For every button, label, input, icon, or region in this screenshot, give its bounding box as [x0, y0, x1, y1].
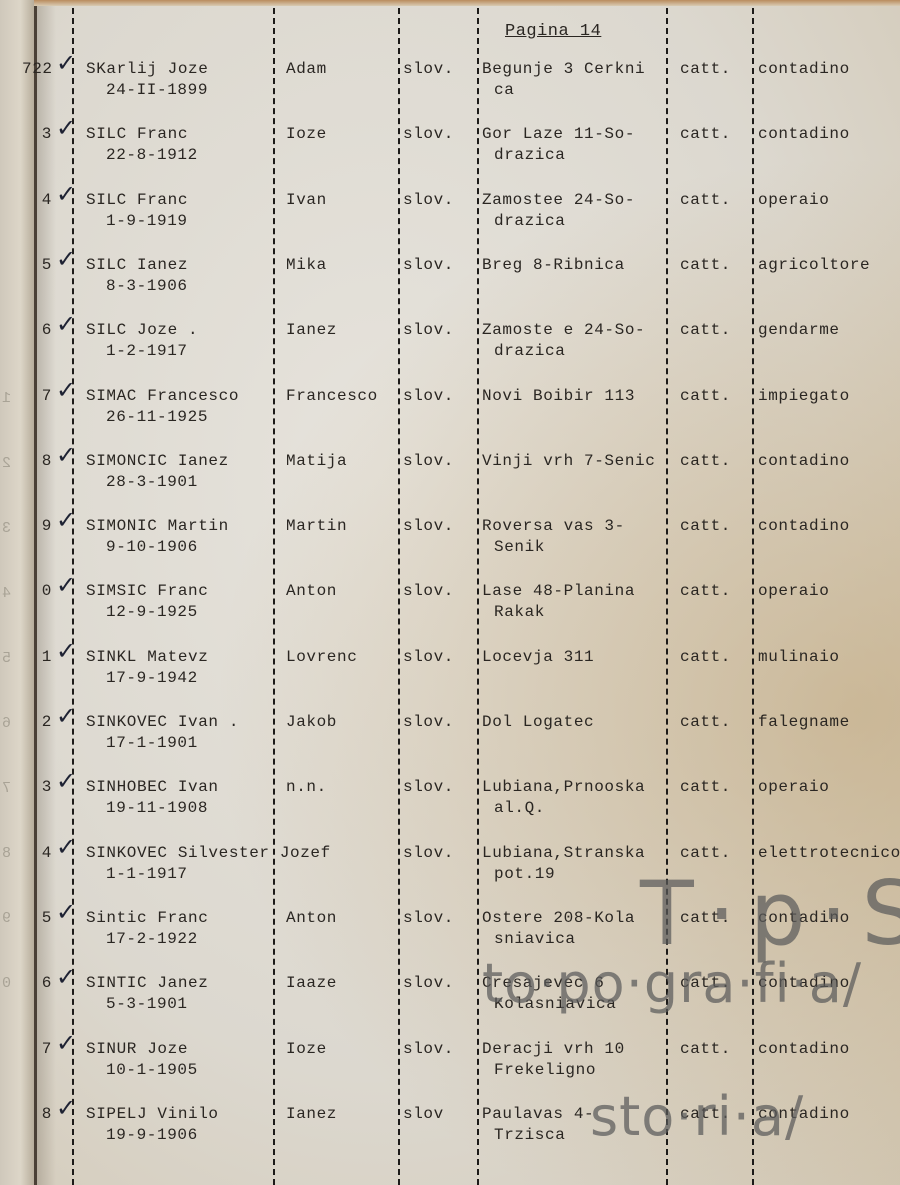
person-name: SINUR Joze	[86, 1039, 188, 1060]
checkmark-icon: ✓	[56, 771, 77, 792]
address-line-1: Breg 8-Ribnica	[482, 255, 625, 276]
birth-date: 5-3-1901	[106, 994, 188, 1015]
address-line-1: Zamostee 24-So-	[482, 190, 635, 211]
religion: catt.	[680, 581, 731, 602]
row-number: 3	[22, 777, 52, 798]
profession: contadino	[758, 1039, 850, 1060]
address-line-2: Frekeligno	[494, 1060, 596, 1081]
profession: contadino	[758, 451, 850, 472]
birth-date: 1-9-1919	[106, 211, 188, 232]
person-name: SIPELJ Vinilo	[86, 1104, 219, 1125]
table-row: 5✓Sintic Franc17-2-1922Antonslov.Ostere …	[0, 908, 900, 968]
birth-date: 22-8-1912	[106, 145, 198, 166]
table-row: 0✓SIMSIC Franc12-9-1925Antonslov.Lase 48…	[0, 581, 900, 641]
religion: catt.	[680, 320, 731, 341]
checkmark-icon: ✓	[56, 184, 77, 205]
address-line-2: ca	[494, 80, 514, 101]
checkmark-icon: ✓	[56, 314, 77, 335]
address-line-2: Rakak	[494, 602, 545, 623]
address-line-1: Begunje 3 Cerkni	[482, 59, 645, 80]
profession: contadino	[758, 973, 850, 994]
profession: contadino	[758, 59, 850, 80]
nationality: slov.	[403, 973, 454, 994]
table-row: 1✓SINKL Matevz17-9-1942Lovrencslov.Locev…	[0, 647, 900, 707]
birth-date: 10-1-1905	[106, 1060, 198, 1081]
nationality: slov	[403, 1104, 444, 1125]
page-label: Pagina 14	[505, 22, 601, 41]
religion: catt.	[680, 908, 731, 929]
father-name: Ianez	[286, 1104, 337, 1125]
table-row: 9✓SIMONIC Martin9-10-1906Martinslov.Rove…	[0, 516, 900, 576]
profession: gendarme	[758, 320, 840, 341]
address-line-1: Dol Logatec	[482, 712, 594, 733]
row-number: 1	[22, 647, 52, 668]
nationality: slov.	[403, 1039, 454, 1060]
profession: contadino	[758, 1104, 850, 1125]
address-line-2: Senik	[494, 537, 545, 558]
table-row: 2✓SINKOVEC Ivan .17-1-1901Jakobslov.Dol …	[0, 712, 900, 772]
profession: impiegato	[758, 386, 850, 407]
address-line-1: Cresajevec 6	[482, 973, 604, 994]
person-name: SKarlij Joze	[86, 59, 208, 80]
row-number: 4	[22, 190, 52, 211]
address-line-1: Novi Boibir 113	[482, 386, 635, 407]
table-row: 5✓SILC Ianez8-3-1906Mikaslov.Breg 8-Ribn…	[0, 255, 900, 315]
religion: catt.	[680, 647, 731, 668]
birth-date: 1-2-1917	[106, 341, 188, 362]
nationality: slov.	[403, 908, 454, 929]
address-line-1: Lase 48-Planina	[482, 581, 635, 602]
father-name: Mika	[286, 255, 327, 276]
address-line-2: Kolasniavica	[494, 994, 616, 1015]
father-name: n.n.	[286, 777, 327, 798]
nationality: slov.	[403, 320, 454, 341]
address-line-1: Roversa vas 3-	[482, 516, 625, 537]
nationality: slov.	[403, 451, 454, 472]
nationality: slov.	[403, 124, 454, 145]
checkmark-icon: ✓	[56, 1033, 77, 1054]
checkmark-icon: ✓	[56, 902, 77, 923]
checkmark-icon: ✓	[56, 706, 77, 727]
nationality: slov.	[403, 647, 454, 668]
row-number: 7	[22, 386, 52, 407]
address-line-2: drazica	[494, 145, 565, 166]
address-line-1: Vinji vrh 7-Senic	[482, 451, 655, 472]
checkmark-icon: ✓	[56, 1098, 77, 1119]
profession: operaio	[758, 777, 829, 798]
row-number: 0	[22, 581, 52, 602]
checkmark-icon: ✓	[56, 967, 77, 988]
row-number: 7	[22, 1039, 52, 1060]
checkmark-icon: ✓	[56, 510, 77, 531]
address-line-1: Deracji vrh 10	[482, 1039, 625, 1060]
birth-date: 12-9-1925	[106, 602, 198, 623]
checkmark-icon: ✓	[56, 380, 77, 401]
religion: catt.	[680, 59, 731, 80]
birth-date: 26-11-1925	[106, 407, 208, 428]
address-line-1: Lubiana,Prnooska	[482, 777, 645, 798]
father-name: Iaaze	[286, 973, 337, 994]
row-number: 4	[22, 843, 52, 864]
checkmark-icon: ✓	[56, 53, 77, 74]
row-number: 6	[22, 320, 52, 341]
profession: mulinaio	[758, 647, 840, 668]
father-name: Lovrenc	[286, 647, 357, 668]
table-row: 7✓SINUR Joze10-1-1905Iozeslov.Deracji vr…	[0, 1039, 900, 1099]
person-name: Sintic Franc	[86, 908, 208, 929]
address-line-1: Locevja 311	[482, 647, 594, 668]
birth-date: 28-3-1901	[106, 472, 198, 493]
address-line-2: drazica	[494, 341, 565, 362]
table-row: 7✓SIMAC Francesco26-11-1925Francescoslov…	[0, 386, 900, 446]
father-name: Anton	[286, 908, 337, 929]
nationality: slov.	[403, 255, 454, 276]
row-number: 5	[22, 255, 52, 276]
table-row: 6✓SILC Joze .1-2-1917Ianezslov.Zamoste e…	[0, 320, 900, 380]
father-name: Anton	[286, 581, 337, 602]
birth-date: 17-2-1922	[106, 929, 198, 950]
nationality: slov.	[403, 843, 454, 864]
table-row: 4✓SINKOVEC Silvester Jozef1-1-1917slov.L…	[0, 843, 900, 903]
birth-date: 17-9-1942	[106, 668, 198, 689]
birth-date: 8-3-1906	[106, 276, 188, 297]
person-name: SINHOBEC Ivan	[86, 777, 219, 798]
person-name: SILC Franc	[86, 190, 188, 211]
address-line-1: Paulavas 4-	[482, 1104, 594, 1125]
address-line-2: pot.19	[494, 864, 555, 885]
nationality: slov.	[403, 190, 454, 211]
profession: operaio	[758, 581, 829, 602]
profession: operaio	[758, 190, 829, 211]
religion: catt.	[680, 1039, 731, 1060]
nationality: slov.	[403, 516, 454, 537]
checkmark-icon: ✓	[56, 575, 77, 596]
row-number: 8	[22, 1104, 52, 1125]
row-number: 2	[22, 712, 52, 733]
address-line-1: Zamoste e 24-So-	[482, 320, 645, 341]
religion: catt.	[680, 843, 731, 864]
nationality: slov.	[403, 581, 454, 602]
birth-date: 19-9-1906	[106, 1125, 198, 1146]
religion: catt.	[680, 516, 731, 537]
birth-date: 24-II-1899	[106, 80, 208, 101]
profession: contadino	[758, 908, 850, 929]
nationality: slov.	[403, 59, 454, 80]
checkmark-icon: ✓	[56, 837, 77, 858]
person-name: SIMONCIC Ianez	[86, 451, 229, 472]
person-name: SILC Ianez	[86, 255, 188, 276]
address-line-2: drazica	[494, 211, 565, 232]
father-name: Ioze	[286, 124, 327, 145]
father-name: Matija	[286, 451, 347, 472]
nationality: slov.	[403, 712, 454, 733]
address-line-2: sniavica	[494, 929, 576, 950]
birth-date: 9-10-1906	[106, 537, 198, 558]
table-row: 6✓SINTIC Janez5-3-1901Iaazeslov.Cresajev…	[0, 973, 900, 1033]
religion: catt.	[680, 1104, 731, 1125]
birth-date: 19-11-1908	[106, 798, 208, 819]
person-name: SINKL Matevz	[86, 647, 208, 668]
person-name: SIMAC Francesco	[86, 386, 239, 407]
religion: catt.	[680, 712, 731, 733]
row-number: 3	[22, 124, 52, 145]
father-name: Jakob	[286, 712, 337, 733]
table-row: 8✓SIMONCIC Ianez28-3-1901Matijaslov.Vinj…	[0, 451, 900, 511]
religion: catt.	[680, 255, 731, 276]
checkmark-icon: ✓	[56, 445, 77, 466]
address-line-1: Gor Laze 11-So-	[482, 124, 635, 145]
address-line-2: al.Q.	[494, 798, 545, 819]
address-line-2: Trzisca	[494, 1125, 565, 1146]
person-name: SINKOVEC Ivan .	[86, 712, 239, 733]
religion: catt.	[680, 386, 731, 407]
table-row: 4✓SILC Franc1-9-1919Ivanslov.Zamostee 24…	[0, 190, 900, 250]
person-name: SIMSIC Franc	[86, 581, 208, 602]
person-name: SINKOVEC Silvester Jozef	[86, 843, 331, 864]
table-row: 722✓SKarlij Joze24-II-1899Adamslov.Begun…	[0, 59, 900, 119]
person-name: SILC Franc	[86, 124, 188, 145]
address-line-1: Lubiana,Stranska	[482, 843, 645, 864]
person-name: SILC Joze .	[86, 320, 198, 341]
father-name: Adam	[286, 59, 327, 80]
page-top-edge	[34, 0, 900, 6]
religion: catt.	[680, 124, 731, 145]
profession: falegname	[758, 712, 850, 733]
religion: catt.	[680, 451, 731, 472]
nationality: slov.	[403, 777, 454, 798]
checkmark-icon: ✓	[56, 118, 77, 139]
row-number: 6	[22, 973, 52, 994]
father-name: Francesco	[286, 386, 378, 407]
profession: agricoltore	[758, 255, 870, 276]
profession: elettrotecnico	[758, 843, 900, 864]
birth-date: 1-1-1917	[106, 864, 188, 885]
religion: catt.	[680, 190, 731, 211]
table-row: 3✓SILC Franc22-8-1912Iozeslov.Gor Laze 1…	[0, 124, 900, 184]
checkmark-icon: ✓	[56, 641, 77, 662]
checkmark-icon: ✓	[56, 249, 77, 270]
row-number: 9	[22, 516, 52, 537]
address-line-1: Ostere 208-Kola	[482, 908, 635, 929]
table-row: 3✓SINHOBEC Ivan19-11-1908n.n.slov.Lubian…	[0, 777, 900, 837]
profession: contadino	[758, 124, 850, 145]
religion: catt.	[680, 777, 731, 798]
birth-date: 17-1-1901	[106, 733, 198, 754]
religion: catt.	[680, 973, 731, 994]
father-name: Martin	[286, 516, 347, 537]
row-number: 5	[22, 908, 52, 929]
row-number: 8	[22, 451, 52, 472]
person-name: SIMONIC Martin	[86, 516, 229, 537]
nationality: slov.	[403, 386, 454, 407]
table-row: 8✓SIPELJ Vinilo19-9-1906IanezslovPaulava…	[0, 1104, 900, 1164]
person-name: SINTIC Janez	[86, 973, 208, 994]
father-name: Ioze	[286, 1039, 327, 1060]
profession: contadino	[758, 516, 850, 537]
father-name: Ivan	[286, 190, 327, 211]
row-number: 722	[22, 59, 52, 80]
father-name: Ianez	[286, 320, 337, 341]
